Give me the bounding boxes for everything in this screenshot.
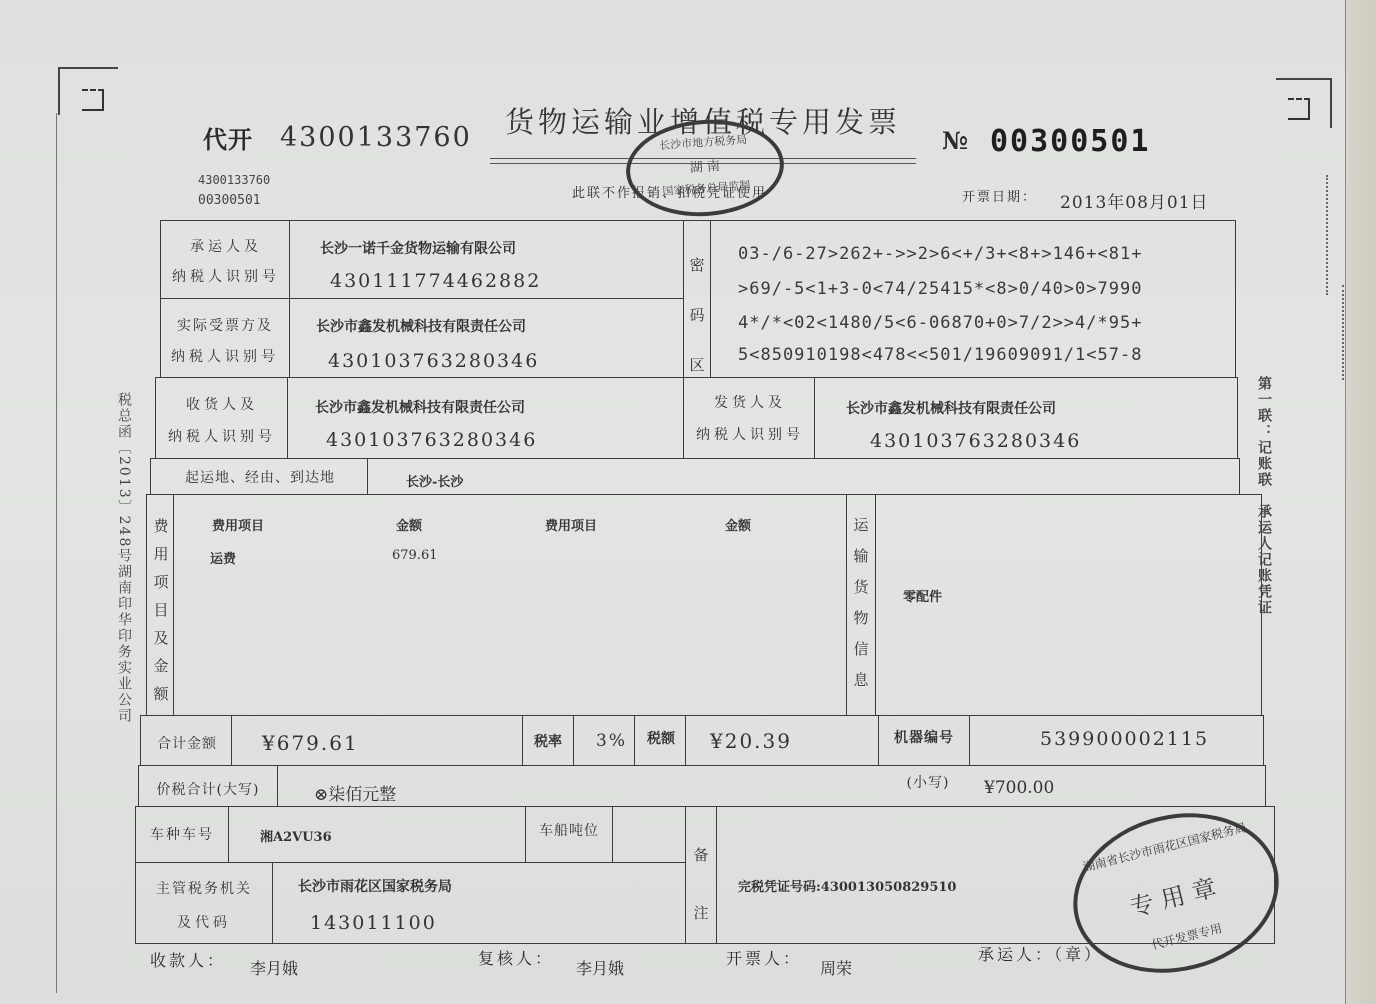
- registration-mark-left: [58, 67, 118, 115]
- carrier-tax-id: 430111774462882: [330, 270, 541, 292]
- reviewer-name: 李月娥: [576, 956, 624, 979]
- machine-number-label: 机器编号: [884, 727, 964, 747]
- vehicle-plate-label: 车种车号: [138, 824, 226, 844]
- cipher-label-char: 区: [688, 340, 706, 390]
- cipher-line: 5<850910198<478<<501/19609091/1<57-8: [738, 345, 1142, 365]
- margin-rule: [56, 113, 57, 993]
- vehicle-tonnage-label: 车船吨位: [528, 820, 610, 840]
- consignee-label: 收货人及: [158, 394, 286, 414]
- divider: [289, 298, 684, 299]
- issuer-label: 开票人：: [726, 946, 802, 969]
- cipher-line: 4*/*<02<1480/5<6-06870+0>7/2>>4/*95+: [738, 313, 1142, 333]
- issuer-name: 周荣: [820, 956, 852, 979]
- fee-amount-header-2: 金额: [725, 515, 751, 534]
- carrier-name: 长沙一诺千金货物运输有限公司: [320, 238, 516, 258]
- consignor-name: 长沙市鑫发机械科技有限责任公司: [846, 398, 1056, 418]
- tax-authority-code: 143011100: [310, 912, 437, 934]
- registration-mark-right: [1276, 78, 1332, 128]
- fees-section-border: [146, 494, 1262, 716]
- consignor-label: 发货人及: [686, 392, 814, 412]
- label-char: 信: [852, 634, 870, 665]
- consignee-tax-id: 430103763280346: [326, 429, 537, 451]
- recipient-label: 实际受票方及: [162, 315, 288, 335]
- fee-item-header-2: 费用项目: [545, 515, 597, 534]
- tax-authority-label: 主管税务机关: [138, 878, 270, 898]
- issue-date: 2013年08月01日: [1060, 188, 1209, 213]
- machine-number: 539900002115: [1040, 728, 1209, 750]
- tax-amount: ¥20.39: [710, 729, 792, 753]
- fee-amount-header: 金额: [396, 515, 422, 534]
- cipher-label-char: 密: [688, 240, 706, 290]
- grand-total-words-label: 价税合计(大写): [142, 779, 274, 799]
- recipient-name: 长沙市鑫发机械科技有限责任公司: [316, 316, 526, 336]
- carrier-seal-label: 承运人：（章）: [978, 942, 1103, 965]
- recipient-tax-id: 430103763280346: [328, 350, 539, 372]
- invoice-code: 4300133760: [280, 122, 472, 153]
- grand-total-figure-label: (小写): [898, 772, 958, 792]
- recipient-taxid-label: 纳税人识别号: [162, 346, 288, 366]
- daikai-label: 代开: [203, 120, 253, 155]
- consignor-tax-id: 430103763280346: [870, 430, 1081, 452]
- consignee-name: 长沙市鑫发机械科技有限责任公司: [315, 397, 525, 417]
- label-char: 金: [152, 652, 170, 680]
- carrier-label-cell: [160, 220, 290, 299]
- label-char: 及: [152, 624, 170, 652]
- tax-authority-name: 长沙市雨花区国家税务局: [298, 876, 452, 896]
- cipher-label-char: 码: [688, 290, 706, 340]
- grand-total-words: ⊗柒佰元整: [314, 780, 396, 805]
- label-char: 用: [152, 540, 170, 568]
- cipher-line: >69/-5<1+3-0<74/25415*<8>0/40>0>7990: [738, 279, 1142, 299]
- tax-rate: 3%: [596, 731, 627, 751]
- vehicle-plate: 湘A2VU36: [260, 826, 332, 845]
- consignee-label-cell: [155, 377, 288, 459]
- total-amount-label: 合计金额: [144, 733, 230, 753]
- number-symbol: №: [942, 126, 968, 155]
- issue-date-label: 开票日期：: [962, 186, 1037, 205]
- fee-amount: 679.61: [392, 548, 438, 563]
- label-char: 目: [152, 596, 170, 624]
- remarks-side-label: 备 注: [692, 826, 710, 942]
- cargo-side-label: 运 输 货 物 信 息: [852, 510, 870, 696]
- fee-item: 运费: [210, 548, 236, 567]
- route-label: 起运地、经由、到达地: [160, 467, 360, 487]
- label-char: 运: [852, 510, 870, 541]
- fee-item-header: 费用项目: [212, 515, 264, 534]
- label-char: 货: [852, 572, 870, 603]
- reviewer-label: 复核人：: [478, 946, 554, 969]
- payee-name: 李月娥: [250, 956, 298, 979]
- label-char: 输: [852, 541, 870, 572]
- route-value: 长沙-长沙: [406, 471, 463, 490]
- printer-info-vertical: 税总函〔2013〕248号湖南印华印务实业公司: [114, 392, 134, 782]
- cipher-line: 03-/6-27>262+->>2>6<+/3+<8+>146+<81+: [738, 244, 1142, 264]
- payee-label: 收款人：: [150, 948, 226, 971]
- small-invoice-code: 4300133760: [198, 173, 270, 187]
- tax-authority-code-label: 及代码: [138, 912, 270, 932]
- cipher-area-label: 密 码 区: [688, 240, 706, 390]
- label-char: 备: [692, 826, 710, 884]
- label-char: 额: [152, 680, 170, 708]
- label-char: 注: [692, 884, 710, 942]
- stamp-text: 国家税务总局监制: [631, 175, 782, 201]
- invoice-paper: 代开 4300133760 4300133760 00300501 货物运输业增…: [0, 0, 1352, 1004]
- consignor-taxid-label: 纳税人识别号: [686, 424, 814, 444]
- recipient-label-cell: [160, 298, 290, 378]
- label-char: 物: [852, 603, 870, 634]
- total-amount: ¥679.61: [262, 731, 359, 755]
- carrier-taxid-label: 纳税人识别号: [164, 266, 288, 286]
- carrier-label: 承运人及: [164, 236, 288, 256]
- fees-side-label: 费 用 项 目 及 金 额: [152, 512, 170, 708]
- background-edge: [1345, 0, 1376, 1004]
- label-char: 息: [852, 665, 870, 696]
- small-invoice-number: 00300501: [198, 193, 261, 208]
- consignee-taxid-label: 纳税人识别号: [158, 426, 286, 446]
- copy-designation-vertical: 第一联：记账联 承运人记账凭证: [1254, 376, 1274, 656]
- cargo-description: 零配件: [903, 586, 942, 605]
- label-char: 项: [152, 568, 170, 596]
- edge-perforation: [1326, 175, 1336, 295]
- remarks-text: 完税凭证号码:430013050829510: [738, 876, 956, 895]
- grand-total-row-border: [138, 765, 1266, 807]
- invoice-number: 00300501: [990, 124, 1151, 159]
- grand-total-figure: ¥700.00: [984, 778, 1054, 798]
- tax-rate-label: 税率: [528, 731, 568, 751]
- tax-amount-label: 税额: [639, 728, 683, 748]
- label-char: 费: [152, 512, 170, 540]
